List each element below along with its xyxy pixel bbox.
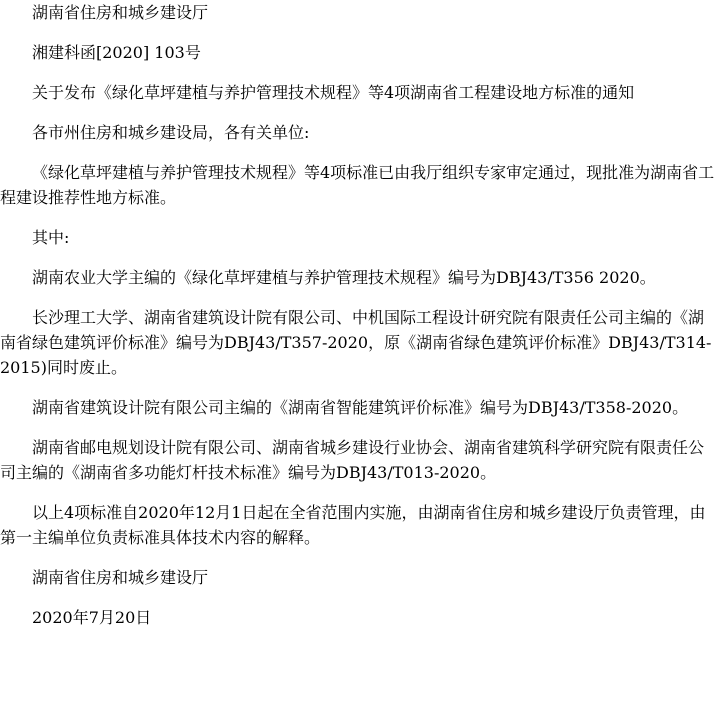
- document-body: 湖南省住房和城乡建设厅 湘建科函[2020] 103号 关于发布《绿化草坪建植与…: [0, 0, 717, 630]
- paragraph-among: 其中:: [0, 225, 717, 250]
- signature: 湖南省住房和城乡建设厅: [0, 565, 717, 590]
- issuer: 湖南省住房和城乡建设厅: [0, 0, 717, 25]
- date: 2020年7月20日: [0, 605, 717, 630]
- document-title: 关于发布《绿化草坪建植与养护管理技术规程》等4项湖南省工程建设地方标准的通知: [0, 80, 717, 105]
- paragraph-standard-4: 湖南省邮电规划设计院有限公司、湖南省城乡建设行业协会、湖南省建筑科学研究院有限责…: [0, 435, 717, 485]
- document-number: 湘建科函[2020] 103号: [0, 40, 717, 65]
- paragraph-approval: 《绿化草坪建植与养护管理技术规程》等4项标准已由我厅组织专家审定通过，现批准为湖…: [0, 160, 717, 210]
- paragraph-implementation: 以上4项标准自2020年12月1日起在全省范围内实施，由湖南省住房和城乡建设厅负…: [0, 500, 717, 550]
- paragraph-standard-1: 湖南农业大学主编的《绿化草坪建植与养护管理技术规程》编号为DBJ43/T356 …: [0, 265, 717, 290]
- paragraph-standard-2: 长沙理工大学、湖南省建筑设计院有限公司、中机国际工程设计研究院有限责任公司主编的…: [0, 305, 717, 380]
- paragraph-standard-3: 湖南省建筑设计院有限公司主编的《湖南省智能建筑评价标准》编号为DBJ43/T35…: [0, 395, 717, 420]
- salutation: 各市州住房和城乡建设局，各有关单位:: [0, 120, 717, 145]
